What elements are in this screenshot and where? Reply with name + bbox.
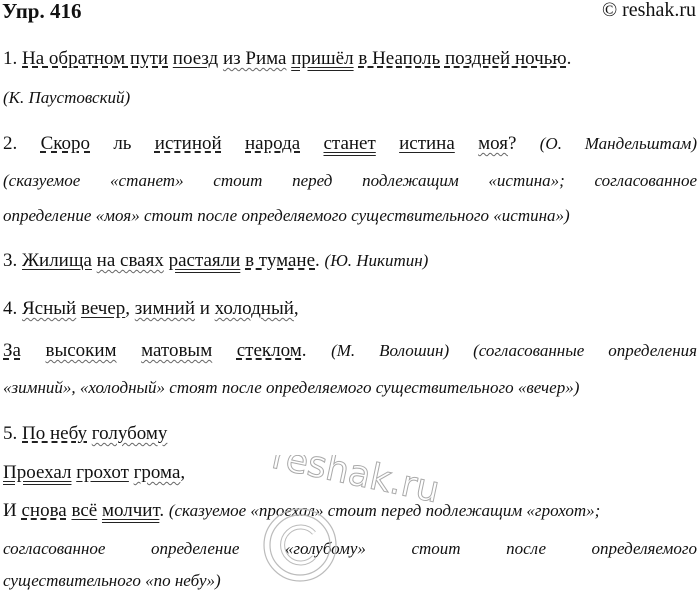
word-adv: стеклом — [237, 340, 302, 361]
annotation-note: (М. Волошин) (согласованные определения — [331, 341, 697, 360]
word-attr: холодный — [215, 298, 294, 319]
text-fragment — [222, 133, 245, 154]
word-adv: По небу — [22, 423, 87, 444]
word-attr: высоким — [45, 340, 116, 361]
annotation-note: (сказуемое «проехал» стоит перед подлежа… — [169, 501, 600, 520]
sentence-1-author: (К. Паустовский) — [3, 87, 130, 109]
text-fragment: , — [180, 462, 185, 483]
sentence-4-line-2: За высоким матовым стеклом. (М. Волошин)… — [3, 340, 697, 362]
sentence-5-note-line-2: согласованное определение «голубому» сто… — [3, 538, 697, 560]
sentence-2-note-line-2: определение «моя» стоит после определяем… — [3, 205, 570, 227]
text-fragment: и — [195, 298, 215, 319]
text-fragment: ? — [508, 133, 540, 154]
annotation-note: существительного «по небу») — [3, 571, 221, 590]
annotation-note: «зимний», «холодный» стоят после определ… — [3, 378, 579, 397]
text-fragment — [376, 133, 399, 154]
word-subj: грохот — [76, 462, 129, 483]
sentence-5-line-2: Проехал грохот грома, — [3, 462, 185, 484]
word-adv: На обратном пути — [22, 48, 168, 69]
word-attr: на сваях — [97, 250, 164, 271]
word-pred: растаяли — [169, 250, 241, 271]
text-fragment: . — [159, 500, 169, 521]
text-fragment: . — [567, 48, 572, 69]
word-attr: из Рима — [223, 48, 287, 69]
sentence-4-line-1: 4. Ясный вечер, зимний и холодный, — [3, 298, 299, 320]
reshak-watermark-icon: reshak.ru — [240, 455, 460, 595]
sentence-5-line-1: 5. По небу голубому — [3, 423, 167, 445]
text-fragment: , — [125, 298, 135, 319]
sentence-1: 1. На обратном пути поезд из Рима пришёл… — [3, 48, 571, 70]
sentence-2: 2. Скоро ль истиной народа станет истина… — [3, 133, 697, 155]
text-fragment — [21, 340, 46, 361]
word-attr: грома — [134, 462, 181, 483]
word-attr: моя — [478, 133, 508, 154]
word-adv: За — [3, 340, 21, 361]
annotation-note: определение «моя» стоит после определяем… — [3, 206, 570, 225]
word-pred: станет — [323, 133, 375, 154]
copyright-label: © reshak.ru — [602, 0, 696, 22]
text-fragment: 5. — [3, 423, 22, 444]
word-subj: всё — [72, 500, 98, 521]
annotation-note: (К. Паустовский) — [3, 88, 130, 107]
word-adv: снова — [21, 500, 66, 521]
word-attr: матовым — [141, 340, 212, 361]
text-fragment: 1. — [3, 48, 22, 69]
sentence-4-note: «зимний», «холодный» стоят после определ… — [3, 377, 579, 399]
word-pred: пришёл — [291, 48, 353, 69]
text-fragment: И — [3, 500, 21, 521]
word-obj: народа — [245, 133, 300, 154]
word-attr: голубому — [92, 423, 168, 444]
word-subj: поезд — [173, 48, 218, 69]
text-fragment: 4. — [3, 298, 22, 319]
sentence-2-note-line-1: (сказуемое «станет» стоит перед подлежащ… — [3, 170, 697, 192]
word-subj: истина — [399, 133, 455, 154]
annotation-note: (сказуемое «станет» стоит перед подлежащ… — [3, 171, 697, 190]
word-adv: поздней ночью — [445, 48, 567, 69]
text-fragment: . — [302, 340, 331, 361]
word-adv: в Неаполь — [358, 48, 440, 69]
word-pred: молчит — [102, 500, 159, 521]
annotation-note: (О. Мандельштам) — [540, 134, 697, 153]
text-fragment — [117, 340, 142, 361]
sentence-5-line-3: И снова всё молчит. (сказуемое «проехал»… — [3, 500, 600, 522]
word-subj: вечер — [81, 298, 125, 319]
text-fragment: . — [315, 250, 325, 271]
annotation-note: согласованное определение «голубому» сто… — [3, 539, 697, 558]
annotation-note: (Ю. Никитин) — [325, 251, 429, 270]
word-pred: Проехал — [3, 462, 71, 483]
word-obj: истиной — [155, 133, 222, 154]
text-fragment — [300, 133, 323, 154]
word-attr: Ясный — [22, 298, 76, 319]
exercise-title: Упр. 416 — [2, 0, 81, 24]
text-fragment: ль — [90, 133, 155, 154]
text-fragment: 2. — [3, 133, 41, 154]
text-fragment — [212, 340, 237, 361]
text-fragment — [455, 133, 478, 154]
sentence-3: 3. Жилища на сваях растаяли в тумане. (Ю… — [3, 250, 428, 272]
text-fragment: , — [294, 298, 299, 319]
word-adv: Скоро — [41, 133, 90, 154]
text-fragment: 3. — [3, 250, 22, 271]
sentence-5-note-line-3: существительного «по небу») — [3, 570, 221, 592]
word-subj: Жилища — [22, 250, 92, 271]
word-adv: в тумане — [245, 250, 315, 271]
word-attr: зимний — [135, 298, 195, 319]
